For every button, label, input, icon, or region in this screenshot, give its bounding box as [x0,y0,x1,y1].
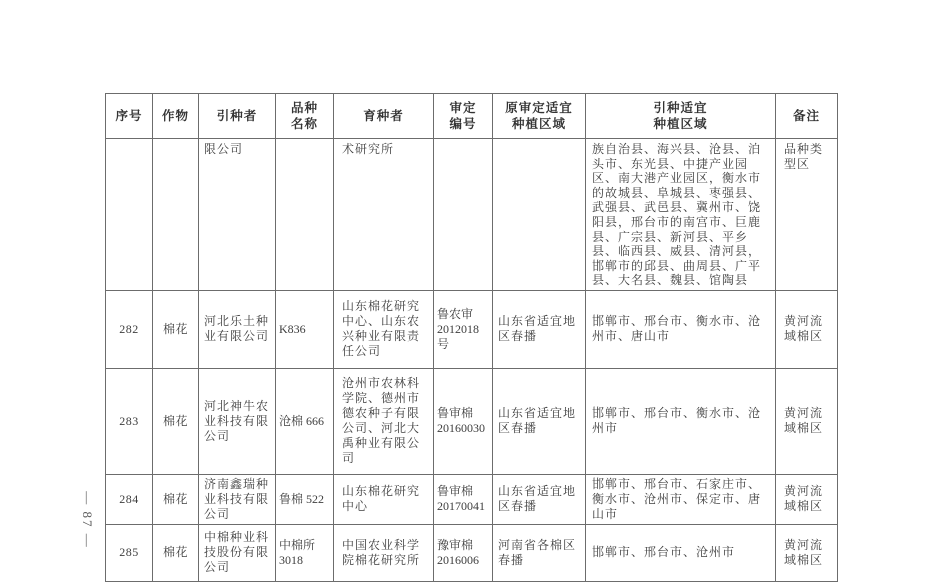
table-cell: 鲁审棉20160030 [434,368,493,474]
col-header-introducer: 引种者 [199,94,276,139]
header-row: 序号 作物 引种者 品种 名称 育种者 审定 编号 原审定适宜 种植区域 引种适… [106,94,838,139]
table-row: 282 棉花 河北乐土种业有限公司 K836 山东棉花研究中心、山东农兴种业有限… [106,290,838,368]
table-cell: 中棉种业科技股份有限公司 [199,524,276,581]
col-header-approval-number: 审定 编号 [434,94,493,139]
table-cell: 山东棉花研究中心、山东农兴种业有限责任公司 [334,290,434,368]
table-cell: 山东省适宜地区春播 [493,290,586,368]
table-cell: 黄河流域棉区 [776,290,838,368]
table-cell: 族自治县、海兴县、沧县、泊头市、东光县、中捷产业园区、南大港产业园区，衡水市的故… [586,139,776,291]
table-row: 283 棉花 河北神牛农业科技有限公司 沧棉 666 沧州市农林科学院、德州市德… [106,368,838,474]
table-cell: 鲁审棉20170041 [434,474,493,524]
table-cell: 豫审棉2016006 [434,524,493,581]
table-cell: 棉花 [153,368,199,474]
table-cell [106,139,153,291]
table-cell: 山东棉花研究中心 [334,474,434,524]
table-cell: 中国农业科学院棉花研究所 [334,524,434,581]
col-header-introduced-region: 引种适宜 种植区域 [586,94,776,139]
table-row: 285 棉花 中棉种业科技股份有限公司 中棉所3018 中国农业科学院棉花研究所… [106,524,838,581]
col-header-variety-name: 品种 名称 [276,94,334,139]
table-cell: 黄河流域棉区 [776,524,838,581]
table-cell: 棉花 [153,524,199,581]
page-number: — 87 — [79,491,95,549]
table-cell [493,139,586,291]
document-page: — 87 — 序号 作物 引种者 品种 名称 育种者 审定 编号 原审定适宜 种… [0,0,950,585]
table-cell: 鲁棉 522 [276,474,334,524]
table-cell: 河北乐土种业有限公司 [199,290,276,368]
table-cell: 品种类型区 [776,139,838,291]
table-cell: 鲁农审2012018号 [434,290,493,368]
col-header-original-region: 原审定适宜 种植区域 [493,94,586,139]
col-header-remarks: 备注 [776,94,838,139]
table-cell: 河南省各棉区春播 [493,524,586,581]
table-cell: 282 [106,290,153,368]
col-header-serial: 序号 [106,94,153,139]
col-header-breeder: 育种者 [334,94,434,139]
table-cell: 黄河流域棉区 [776,368,838,474]
table-cell: 邯郸市、邢台市、衡水市、沧州市 [586,368,776,474]
table-row-continuation: 限公司 术研究所 族自治县、海兴县、沧县、泊头市、东光县、中捷产业园区、南大港产… [106,139,838,291]
table-cell: 术研究所 [334,139,434,291]
table-cell: 沧棉 666 [276,368,334,474]
table-cell: 285 [106,524,153,581]
table-cell: 限公司 [199,139,276,291]
col-header-crop: 作物 [153,94,199,139]
table-cell: 黄河流域棉区 [776,474,838,524]
table-cell [434,139,493,291]
table-cell: 济南鑫瑞种业科技有限公司 [199,474,276,524]
table-cell: 棉花 [153,290,199,368]
table-cell: K836 [276,290,334,368]
table-cell: 283 [106,368,153,474]
table-cell: 284 [106,474,153,524]
table-cell: 河北神牛农业科技有限公司 [199,368,276,474]
table-cell: 中棉所3018 [276,524,334,581]
table-cell [276,139,334,291]
table-cell: 邯郸市、邢台市、衡水市、沧州市、唐山市 [586,290,776,368]
table-cell: 棉花 [153,474,199,524]
table-row: 284 棉花 济南鑫瑞种业科技有限公司 鲁棉 522 山东棉花研究中心 鲁审棉2… [106,474,838,524]
table-cell: 山东省适宜地区春播 [493,368,586,474]
table-cell: 山东省适宜地区春播 [493,474,586,524]
table-cell: 邯郸市、邢台市、石家庄市、衡水市、沧州市、保定市、唐山市 [586,474,776,524]
table-cell [153,139,199,291]
table-cell: 沧州市农林科学院、德州市德农种子有限公司、河北大禹种业有限公司 [334,368,434,474]
variety-introduction-table: 序号 作物 引种者 品种 名称 育种者 审定 编号 原审定适宜 种植区域 引种适… [105,93,838,582]
table-cell: 邯郸市、邢台市、沧州市 [586,524,776,581]
